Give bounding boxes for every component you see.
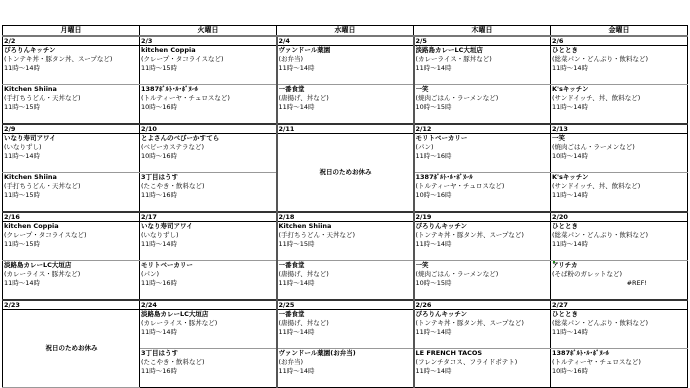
calendar-body: 2/22/32/42/52/6ぴろりんキッチン(トンテキ丼・豚タン丼、スープなど… [3, 36, 688, 388]
vendor-cell: 一番食堂(唐揚げ、丼など)11時～14時 [277, 310, 414, 349]
vendor-cell: 一笑(焼肉ごはん・ラーメンなど)10時～14時 [551, 134, 688, 173]
vendor-name: Kitchen Shiina [279, 222, 413, 231]
vendor-hours: 11時～16時 [141, 191, 276, 200]
vendor-cell: K'sキッチン(サンドイッチ、丼、飲料など)11時～14時 [551, 173, 688, 213]
vendor-cell: ヴァンドール薬園(お弁当)11時～14時 [277, 46, 414, 85]
vendor-cell: アリチカ(そば粉のガレットなど)#REF! [551, 261, 688, 301]
vendor-menu: (総菜パン・どんぶり・飲料など) [552, 55, 687, 64]
date-cell-wednesday: 2/18 [277, 212, 414, 222]
vendor-menu: (総菜パン・どんぶり・飲料など) [552, 319, 687, 328]
vendor-menu: (カレーライス・豚丼など) [416, 55, 551, 64]
vendor-cell: ひととき(総菜パン・どんぶり・飲料など)11時～14時 [551, 46, 688, 85]
vendor-name: 淡路島カレーLC大垣店 [141, 310, 276, 319]
vendor-cell: ぴろりんキッチン(トンテキ丼・豚タン丼、スープなど)11時～14時 [414, 310, 551, 349]
vendor-cell: 一番食堂(唐揚げ、丼など)11時～14時 [277, 261, 414, 301]
vendor-hours: 10時～16時 [416, 191, 551, 200]
vendor-name: ぴろりんキッチン [416, 222, 551, 231]
vendor-menu: (焼肉ごはん・ラーメンなど) [552, 143, 687, 152]
vendor-hours: 11時～16時 [141, 279, 276, 288]
vendor-hours: 11時～14時 [416, 240, 551, 249]
holiday-cell: 祝日のためお休み [3, 310, 140, 388]
vendor-slot-row-1: 祝日のためお休み淡路島カレーLC大垣店(カレーライス・豚丼など)11時～14時一… [3, 310, 688, 349]
vendor-cell: いなり寿司アワイ(いなりずし)11時～14時 [140, 222, 277, 261]
vendor-hours: 11時～14時 [279, 64, 413, 73]
vendor-cell: モリトベーカリー(パン)11時～16時 [140, 261, 277, 301]
date-cell-wednesday: 2/25 [277, 300, 414, 310]
vendor-hours: 10時～16時 [552, 367, 687, 376]
vendor-cell: 3丁目はうす(たこやき・飲料など)11時～16時 [140, 349, 277, 388]
vendor-name: ひととき [552, 310, 687, 319]
date-cell-tuesday: 2/17 [140, 212, 277, 222]
date-cell-thursday: 2/5 [414, 36, 551, 46]
vendor-cell: 一番食堂(唐揚げ、丼など)11時～14時 [277, 85, 414, 125]
date-cell-friday: 2/27 [551, 300, 688, 310]
vendor-menu: (唐揚げ、丼など) [279, 270, 413, 279]
vendor-name: いなり寿司アワイ [141, 222, 276, 231]
vendor-menu: (カレーライス・豚丼など) [141, 319, 276, 328]
date-cell-monday: 2/9 [3, 124, 140, 134]
vendor-hours: 11時～14時 [279, 103, 413, 112]
vendor-menu: (ベビーカステラなど) [141, 143, 276, 152]
vendor-menu: (フレンチタコス、フライドポテト) [416, 358, 551, 367]
vendor-cell: 1387ﾎﾞﾙﾄ･ﾙ･ﾎﾞﾇｰﾙ(トルティーヤ・チュロスなど)10時～16時 [551, 349, 688, 388]
date-cell-wednesday: 2/4 [277, 36, 414, 46]
vendor-name: Kitchen Shiina [4, 173, 139, 182]
vendor-name: 一笑 [416, 85, 551, 94]
header-monday: 月曜日 [3, 26, 140, 37]
vendor-hours: 10時～14時 [552, 152, 687, 161]
vendor-cell: Kitchen Shiina(手打ちうどん・天丼など)11時～15時 [3, 173, 140, 213]
vendor-slot-row-1: ぴろりんキッチン(トンテキ丼・豚タン丼、スープなど)11時～14時kitchen… [3, 46, 688, 85]
vendor-hours: 11時～14時 [416, 64, 551, 73]
vendor-hours: 11時～14時 [552, 64, 687, 73]
date-cell-tuesday: 2/3 [140, 36, 277, 46]
vendor-name: 淡路島カレーLC大垣店 [4, 261, 139, 270]
vendor-hours: 11時～15時 [4, 103, 139, 112]
vendor-cell: Kitchen Shiina(手打ちうどん・天丼など)11時～15時 [3, 85, 140, 125]
vendor-cell: LE FRENCH TACOS(フレンチタコス、フライドポテト)11時～14時 [414, 349, 551, 388]
vendor-hours: 11時～14時 [552, 240, 687, 249]
vendor-menu: (たこやき・飲料など) [141, 358, 276, 367]
vendor-name: 1387ﾎﾞﾙﾄ･ﾙ･ﾎﾞﾇｰﾙ [141, 85, 276, 94]
vendor-menu: (そば粉のガレットなど) [552, 270, 687, 279]
vendor-cell: ヴァンドール薬園(お弁当)(お弁当)11時～14時 [277, 349, 414, 388]
vendor-name: ヴァンドール薬園 [279, 46, 413, 55]
vendor-name: モリトベーカリー [416, 134, 551, 143]
vendor-hours: 11時～15時 [279, 240, 413, 249]
vendor-hours: 11時～14時 [552, 191, 687, 200]
vendor-menu: (サンドイッチ、丼、飲料など) [552, 182, 687, 191]
vendor-name: とよさんのべびーかすてら [141, 134, 276, 143]
vendor-name: Kitchen Shiina [4, 85, 139, 94]
vendor-name: K'sキッチン [552, 173, 687, 182]
vendor-hours: 11時～15時 [141, 64, 276, 73]
vendor-menu: (手打ちうどん・天丼など) [279, 231, 413, 240]
vendor-hours: 11時～16時 [141, 367, 276, 376]
vendor-name: K'sキッチン [552, 85, 687, 94]
vendor-hours: 11時～14時 [141, 240, 276, 249]
date-cell-tuesday: 2/10 [140, 124, 277, 134]
vendor-name: 1387ﾎﾞﾙﾄ･ﾙ･ﾎﾞﾇｰﾙ [416, 173, 551, 182]
date-cell-friday: 2/13 [551, 124, 688, 134]
date-row: 2/92/102/112/122/13 [3, 124, 688, 134]
date-cell-tuesday: 2/24 [140, 300, 277, 310]
header-wednesday: 水曜日 [277, 26, 414, 37]
date-cell-monday: 2/2 [3, 36, 140, 46]
vendor-cell: 1387ﾎﾞﾙﾄ･ﾙ･ﾎﾞﾇｰﾙ(トルティーヤ・チュロスなど)10時～16時 [140, 85, 277, 125]
vendor-hours: 11時～14時 [416, 328, 551, 337]
date-cell-thursday: 2/19 [414, 212, 551, 222]
vendor-hours: #REF! [552, 279, 687, 288]
vendor-name: 一笑 [552, 134, 687, 143]
vendor-cell: いなり寿司アワイ(いなりずし)11時～14時 [3, 134, 140, 173]
vendor-menu: (パン) [416, 143, 551, 152]
vendor-hours: 10時～15時 [416, 279, 551, 288]
vendor-menu: (たこやき・飲料など) [141, 182, 276, 191]
vendor-name: アリチカ [552, 261, 687, 270]
vendor-cell: ひととき(総菜パン・どんぶり・飲料など)11時～14時 [551, 222, 688, 261]
vendor-name: ひととき [552, 46, 687, 55]
vendor-name: ぴろりんキッチン [416, 310, 551, 319]
vendor-name: ぴろりんキッチン [4, 46, 139, 55]
vendor-hours: 11時～15時 [4, 240, 139, 249]
vendor-slot-row-2: 淡路島カレーLC大垣店(カレーライス・豚丼など)11時～14時モリトベーカリー(… [3, 261, 688, 301]
date-cell-friday: 2/20 [551, 212, 688, 222]
vendor-menu: (お弁当) [279, 358, 413, 367]
vendor-cell: kitchen Coppia(クレープ・タコライスなど)11時～15時 [140, 46, 277, 85]
vendor-name: いなり寿司アワイ [4, 134, 139, 143]
vendor-hours: 11時～14時 [279, 367, 413, 376]
vendor-cell: 3丁目はうす(たこやき・飲料など)11時～16時 [140, 173, 277, 213]
vendor-menu: (トルティーヤ・チュロスなど) [416, 182, 551, 191]
vendor-hours: 11時～14時 [141, 328, 276, 337]
date-cell-monday: 2/16 [3, 212, 140, 222]
vendor-cell: とよさんのべびーかすてら(ベビーカステラなど)10時～16時 [140, 134, 277, 173]
vendor-cell: K'sキッチン(サンドイッチ、丼、飲料など)11時～14時 [551, 85, 688, 125]
vendor-menu: (総菜パン・どんぶり・飲料など) [552, 231, 687, 240]
vendor-hours: 10時～16時 [141, 152, 276, 161]
vendor-menu: (トルティーヤ・チュロスなど) [141, 94, 276, 103]
vendor-cell: ぴろりんキッチン(トンテキ丼・豚タン丼、スープなど)11時～14時 [414, 222, 551, 261]
vendor-cell: 1387ﾎﾞﾙﾄ･ﾙ･ﾎﾞﾇｰﾙ(トルティーヤ・チュロスなど)10時～16時 [414, 173, 551, 213]
vendor-cell: 一笑(焼肉ごはん・ラーメンなど)10時～15時 [414, 261, 551, 301]
date-row: 2/232/242/252/262/27 [3, 300, 688, 310]
vendor-cell: 淡路島カレーLC大垣店(カレーライス・豚丼など)11時～14時 [140, 310, 277, 349]
vendor-name: 1387ﾎﾞﾙﾄ･ﾙ･ﾎﾞﾇｰﾙ [552, 349, 687, 358]
vendor-name: 淡路島カレーLC大垣店 [416, 46, 551, 55]
vendor-name: 一笑 [416, 261, 551, 270]
date-cell-friday: 2/6 [551, 36, 688, 46]
vendor-hours: 11時～14時 [416, 367, 551, 376]
vendor-name: 3丁目はうす [141, 173, 276, 182]
vendor-cell: ひととき(総菜パン・どんぶり・飲料など)11時～14時 [551, 310, 688, 349]
vendor-slot-row-1: kitchen Coppia(クレープ・タコライスなど)11時～15時いなり寿司… [3, 222, 688, 261]
vendor-cell: kitchen Coppia(クレープ・タコライスなど)11時～15時 [3, 222, 140, 261]
vendor-menu: (トンテキ丼・豚タン丼、スープなど) [416, 319, 551, 328]
vendor-menu: (お弁当) [279, 55, 413, 64]
vendor-hours: 11時～14時 [4, 279, 139, 288]
vendor-hours: 11時～16時 [416, 152, 551, 161]
vendor-hours: 11時～15時 [4, 191, 139, 200]
date-row: 2/22/32/42/52/6 [3, 36, 688, 46]
date-cell-monday: 2/23 [3, 300, 140, 310]
vendor-hours: 11時～14時 [4, 152, 139, 161]
vendor-menu: (クレープ・タコライスなど) [141, 55, 276, 64]
vendor-menu: (いなりずし) [4, 143, 139, 152]
weekday-header-row: 月曜日 火曜日 水曜日 木曜日 金曜日 [3, 26, 688, 37]
vendor-menu: (いなりずし) [141, 231, 276, 240]
vendor-cell: モリトベーカリー(パン)11時～16時 [414, 134, 551, 173]
vendor-menu: (トンテキ丼・豚タン丼、スープなど) [416, 231, 551, 240]
date-cell-wednesday: 2/11 [277, 124, 414, 134]
vendor-menu: (焼肉ごはん・ラーメンなど) [416, 270, 551, 279]
food-truck-schedule-table: 月曜日 火曜日 水曜日 木曜日 金曜日 2/22/32/42/52/6ぴろりんキ… [2, 25, 688, 388]
vendor-cell: 淡路島カレーLC大垣店(カレーライス・豚丼など)11時～14時 [3, 261, 140, 301]
vendor-cell: ぴろりんキッチン(トンテキ丼・豚タン丼、スープなど)11時～14時 [3, 46, 140, 85]
vendor-hours: 10時～15時 [416, 103, 551, 112]
vendor-name: 一番食堂 [279, 310, 413, 319]
vendor-cell: 淡路島カレーLC大垣店(カレーライス・豚丼など)11時～14時 [414, 46, 551, 85]
vendor-name: ひととき [552, 222, 687, 231]
vendor-menu: (手打ちうどん・天丼など) [4, 182, 139, 191]
holiday-cell: 祝日のためお休み [277, 134, 414, 213]
vendor-cell: Kitchen Shiina(手打ちうどん・天丼など)11時～15時 [277, 222, 414, 261]
header-friday: 金曜日 [551, 26, 688, 37]
vendor-slot-row-2: Kitchen Shiina(手打ちうどん・天丼など)11時～15時1387ﾎﾞ… [3, 85, 688, 125]
cell-error-indicator [553, 261, 555, 263]
vendor-name: 一番食堂 [279, 261, 413, 270]
vendor-name: 一番食堂 [279, 85, 413, 94]
date-row: 2/162/172/182/192/20 [3, 212, 688, 222]
vendor-menu: (サンドイッチ、丼、飲料など) [552, 94, 687, 103]
vendor-hours: 11時～14時 [279, 279, 413, 288]
header-tuesday: 火曜日 [140, 26, 277, 37]
date-cell-thursday: 2/12 [414, 124, 551, 134]
vendor-menu: (トンテキ丼・豚タン丼、スープなど) [4, 55, 139, 64]
vendor-name: LE FRENCH TACOS [416, 349, 551, 358]
vendor-slot-row-1: いなり寿司アワイ(いなりずし)11時～14時とよさんのべびーかすてら(ベビーカス… [3, 134, 688, 173]
vendor-menu: (唐揚げ、丼など) [279, 319, 413, 328]
vendor-menu: (トルティーヤ・チュロスなど) [552, 358, 687, 367]
vendor-menu: (パン) [141, 270, 276, 279]
vendor-hours: 11時～14時 [4, 64, 139, 73]
vendor-menu: (クレープ・タコライスなど) [4, 231, 139, 240]
vendor-menu: (焼肉ごはん・ラーメンなど) [416, 94, 551, 103]
vendor-name: ヴァンドール薬園(お弁当) [279, 349, 413, 358]
vendor-name: kitchen Coppia [4, 222, 139, 231]
header-thursday: 木曜日 [414, 26, 551, 37]
vendor-name: 3丁目はうす [141, 349, 276, 358]
date-cell-thursday: 2/26 [414, 300, 551, 310]
vendor-menu: (唐揚げ、丼など) [279, 94, 413, 103]
vendor-name: kitchen Coppia [141, 46, 276, 55]
vendor-cell: 一笑(焼肉ごはん・ラーメンなど)10時～15時 [414, 85, 551, 125]
vendor-menu: (カレーライス・豚丼など) [4, 270, 139, 279]
vendor-hours: 11時～14時 [552, 328, 687, 337]
vendor-hours: 11時～14時 [552, 103, 687, 112]
vendor-name: モリトベーカリー [141, 261, 276, 270]
vendor-hours: 11時～14時 [279, 328, 413, 337]
vendor-menu: (手打ちうどん・天丼など) [4, 94, 139, 103]
vendor-hours: 10時～16時 [141, 103, 276, 112]
